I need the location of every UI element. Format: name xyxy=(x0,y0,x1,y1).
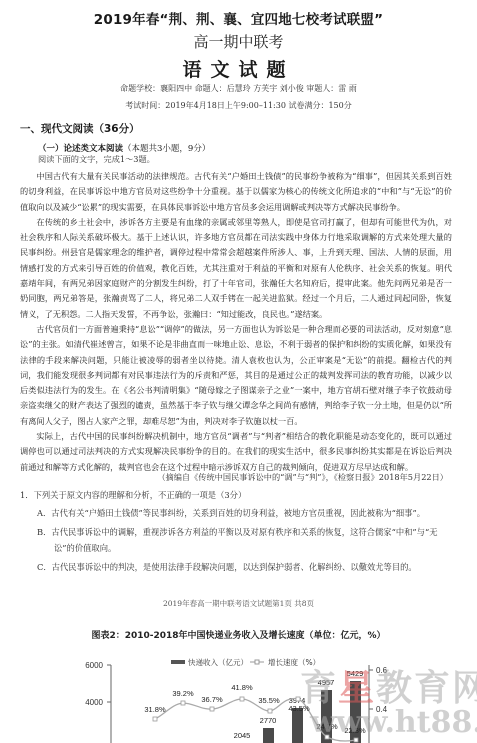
y-left-tick: 6000 xyxy=(85,661,103,670)
question-1-options: A．古代有关“户婚田土钱债”等民事纠纷，关系到百姓的切身利益，被地方官员重视，因… xyxy=(37,505,452,575)
exam-alliance-title: 2019年春“荆、荆、襄、宜四地七校考试联盟” xyxy=(0,8,477,28)
passage-paragraph: 古代官员们一方面普遍秉持“息讼”“调停”的做法，另一方面也认为诉讼是一种合理而必… xyxy=(20,322,452,429)
watermark-text: 星 xyxy=(338,667,376,709)
bar-2015 xyxy=(263,728,274,743)
reading-instruction: 阅读下面的文字，完成1～3题。 xyxy=(38,154,155,165)
page-footer: 2019年春高一期中联考语文试题第1页 共8页 xyxy=(0,598,477,609)
legend-bar-swatch xyxy=(171,660,185,664)
y-left-tick: 4000 xyxy=(85,698,103,707)
watermark-url: www.ht88.com xyxy=(310,705,477,740)
subsection-note: （本题共3小题，9分） xyxy=(123,144,210,154)
option-label: B． xyxy=(37,527,51,537)
passage-paragraph: 在传统的乡土社会中，涉诉各方主要是有血缘的亲属或邻里等熟人，即使是官司打赢了，但… xyxy=(20,215,452,322)
section-heading: 一、现代文阅读（36分） xyxy=(20,121,140,136)
legend-revenue: 快递收入（亿元） xyxy=(188,657,248,667)
growth-label: 35.5% xyxy=(258,696,280,705)
growth-label: 39.2% xyxy=(172,689,194,698)
exam-subject-title: 语文试题 xyxy=(0,55,477,82)
option-b: B．古代民事诉讼中的调解，重视涉诉各方利益的平衡以及对原有秩序和关系的恢复，这符… xyxy=(37,524,452,556)
growth-label: 41.8% xyxy=(231,683,253,692)
option-a: A．古代有关“户婚田土钱债”等民事纠纷，关系到百姓的切身利益，被地方官员重视，因… xyxy=(37,505,452,521)
exam-author-meta: 命题学校：襄阳四中 命题人：后慧玲 方芙宇 刘小俊 审题人：雷 雨 xyxy=(0,83,477,94)
bar-label: 2770 xyxy=(260,716,277,725)
option-text: 古代有关“户婚田土钱债”等民事纠纷，关系到百姓的切身利益，被地方官员重视，因此被… xyxy=(51,508,425,518)
bar-2016 xyxy=(292,708,303,743)
question-1-stem: 1．下列关于原文内容的理解和分析，不正确的一项是（3分） xyxy=(20,488,452,503)
passage: 中国古代有大量有关民事活动的法律规范。古代有关“户婚田土钱债”的民事纷争被称为“… xyxy=(20,169,452,475)
option-label: C． xyxy=(37,562,52,572)
passage-source: （摘编自《传统中国民事诉讼中的“调”与“判”》，《检察日报》2018年5月22日… xyxy=(0,472,448,483)
option-label: A． xyxy=(37,508,51,518)
option-c: C．古代民事诉讼中的判决，是使用法律手段解决问题，以达到保护弱者、化解纠纷、以儆… xyxy=(37,559,452,575)
option-text: 古代民事诉讼中的调解，重视涉诉各方利益的平衡以及对原有秩序和关系的恢复，这符合儒… xyxy=(51,527,437,553)
watermark-text: 教育网 xyxy=(376,667,477,709)
subsection-heading: （一）论述类文本阅读（本题共3小题，9分） xyxy=(38,142,210,154)
subsection-title: （一）论述类文本阅读 xyxy=(38,144,123,154)
watermark-brand: 育星教育网 xyxy=(300,660,477,711)
passage-paragraph: 中国古代有大量有关民事活动的法律规范。古代有关“户婚田土钱债”的民事纷争被称为“… xyxy=(20,169,452,215)
exam-page: 2019年春“荆、荆、襄、宜四地七校考试联盟” 高一期中联考 语文试题 命题学校… xyxy=(0,0,477,743)
growth-label: 31.8% xyxy=(144,705,166,714)
watermark-text: 育 xyxy=(300,667,338,709)
exam-subtitle: 高一期中联考 xyxy=(0,31,477,52)
bar-label: 2045 xyxy=(234,731,251,740)
growth-label: 36.7% xyxy=(201,695,223,704)
exam-time-meta: 考试时间：2019年4月18日上午9:00–11:30 试卷满分：150分 xyxy=(0,100,477,111)
passage-paragraph: 实际上，古代中国的民事纠纷解决机制中，地方官员“调者”与“判者”相结合的教化职能… xyxy=(20,429,452,475)
option-text: 古代民事诉讼中的判决，是使用法律手段解决问题，以达到保护弱者、化解纠纷、以儆效尤… xyxy=(52,562,417,572)
